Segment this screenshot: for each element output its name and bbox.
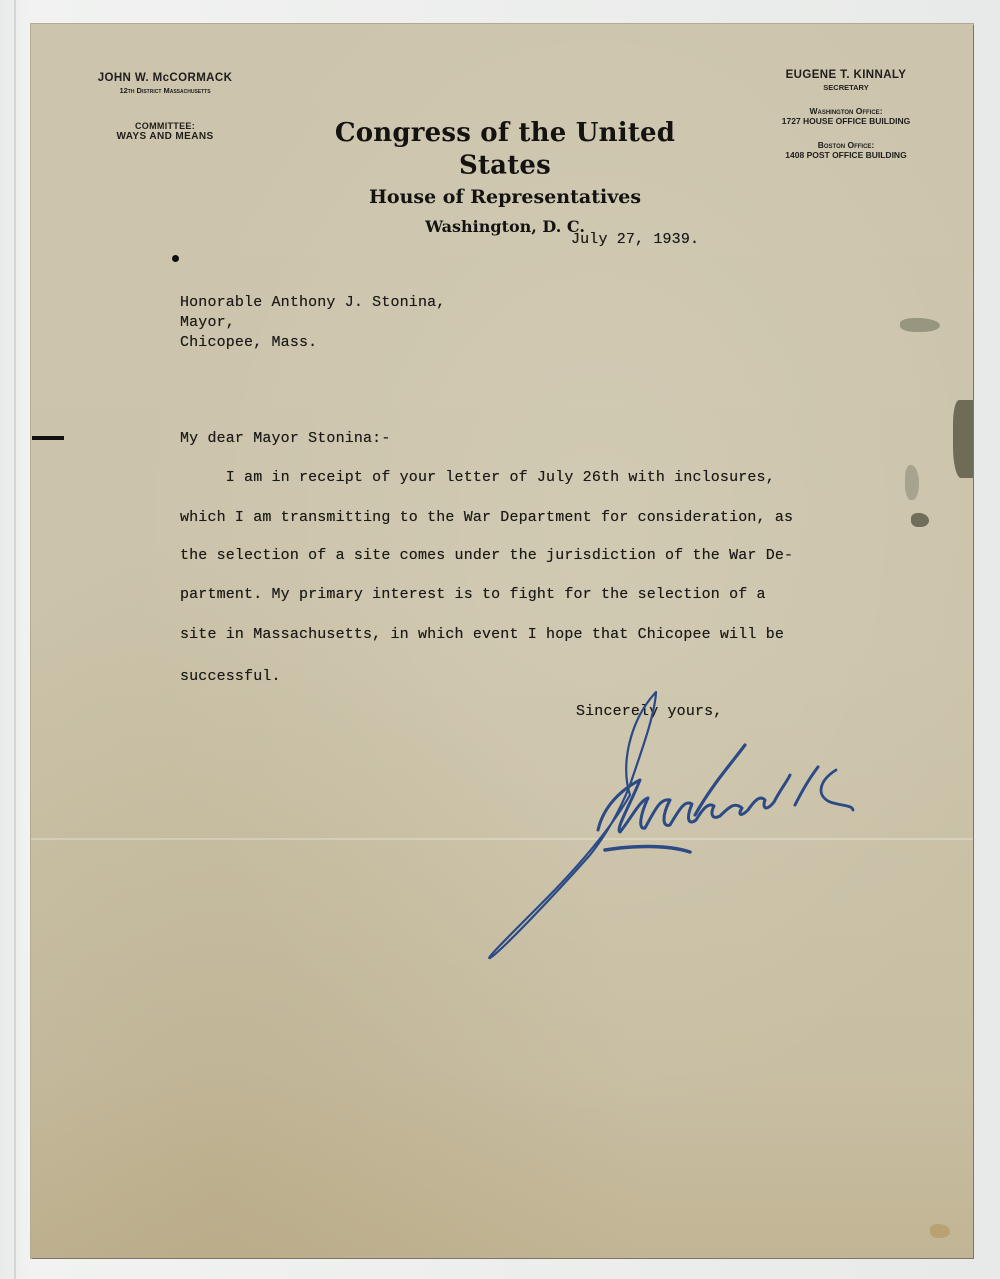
stain-mark (900, 318, 940, 332)
recipient-address: Honorable Anthony J. Stonina,Mayor,Chico… (180, 293, 445, 353)
congressman-name: JOHN W. McCORMACK (70, 72, 260, 84)
stain-mark (953, 400, 973, 478)
stain-mark (905, 465, 919, 500)
body-line-4: partment. My primary interest is to figh… (180, 586, 766, 603)
body-line-1: I am in receipt of your letter of July 2… (180, 469, 775, 486)
letter-date: July 27, 1939. (571, 231, 699, 248)
letterhead-title: Congress of the United States (300, 116, 710, 181)
washington-office-address: 1727 HOUSE OFFICE BUILDING (760, 116, 932, 126)
body-line-5: site in Massachusetts, in which event I … (180, 626, 784, 643)
boston-office-address: 1408 POST OFFICE BUILDING (760, 150, 932, 160)
congressman-district: 12th District Massachusetts (70, 86, 260, 95)
letterhead-right: EUGENE T. KINNALY SECRETARY Washington O… (760, 69, 932, 160)
boston-office-label: Boston Office: (760, 140, 932, 150)
committee-label: COMMITTEE: (70, 121, 260, 131)
punch-dot (172, 255, 179, 262)
letterhead-center: Congress of the United States House of R… (300, 117, 710, 238)
secretary-title: SECRETARY (760, 83, 932, 92)
stain-mark (911, 513, 929, 527)
body-line-6: successful. (180, 668, 281, 685)
committee-name: WAYS AND MEANS (70, 131, 260, 142)
edge-mark (32, 436, 64, 440)
letterhead-subtitle: House of Representatives (300, 184, 710, 210)
salutation: My dear Mayor Stonina:- (180, 430, 390, 447)
signature (480, 680, 880, 970)
secretary-name: EUGENE T. KINNALY (760, 69, 932, 81)
recipient-line-1: Honorable Anthony J. Stonina, (180, 293, 445, 313)
recipient-line-2: Mayor, (180, 313, 445, 333)
sleeve-edge (14, 0, 16, 1279)
body-line-2: which I am transmitting to the War Depar… (180, 509, 793, 526)
body-line-3: the selection of a site comes under the … (180, 547, 793, 564)
letterhead-left: JOHN W. McCORMACK 12th District Massachu… (70, 72, 260, 142)
washington-office-label: Washington Office: (760, 106, 932, 116)
stain-mark (930, 1224, 950, 1238)
recipient-line-3: Chicopee, Mass. (180, 333, 445, 353)
